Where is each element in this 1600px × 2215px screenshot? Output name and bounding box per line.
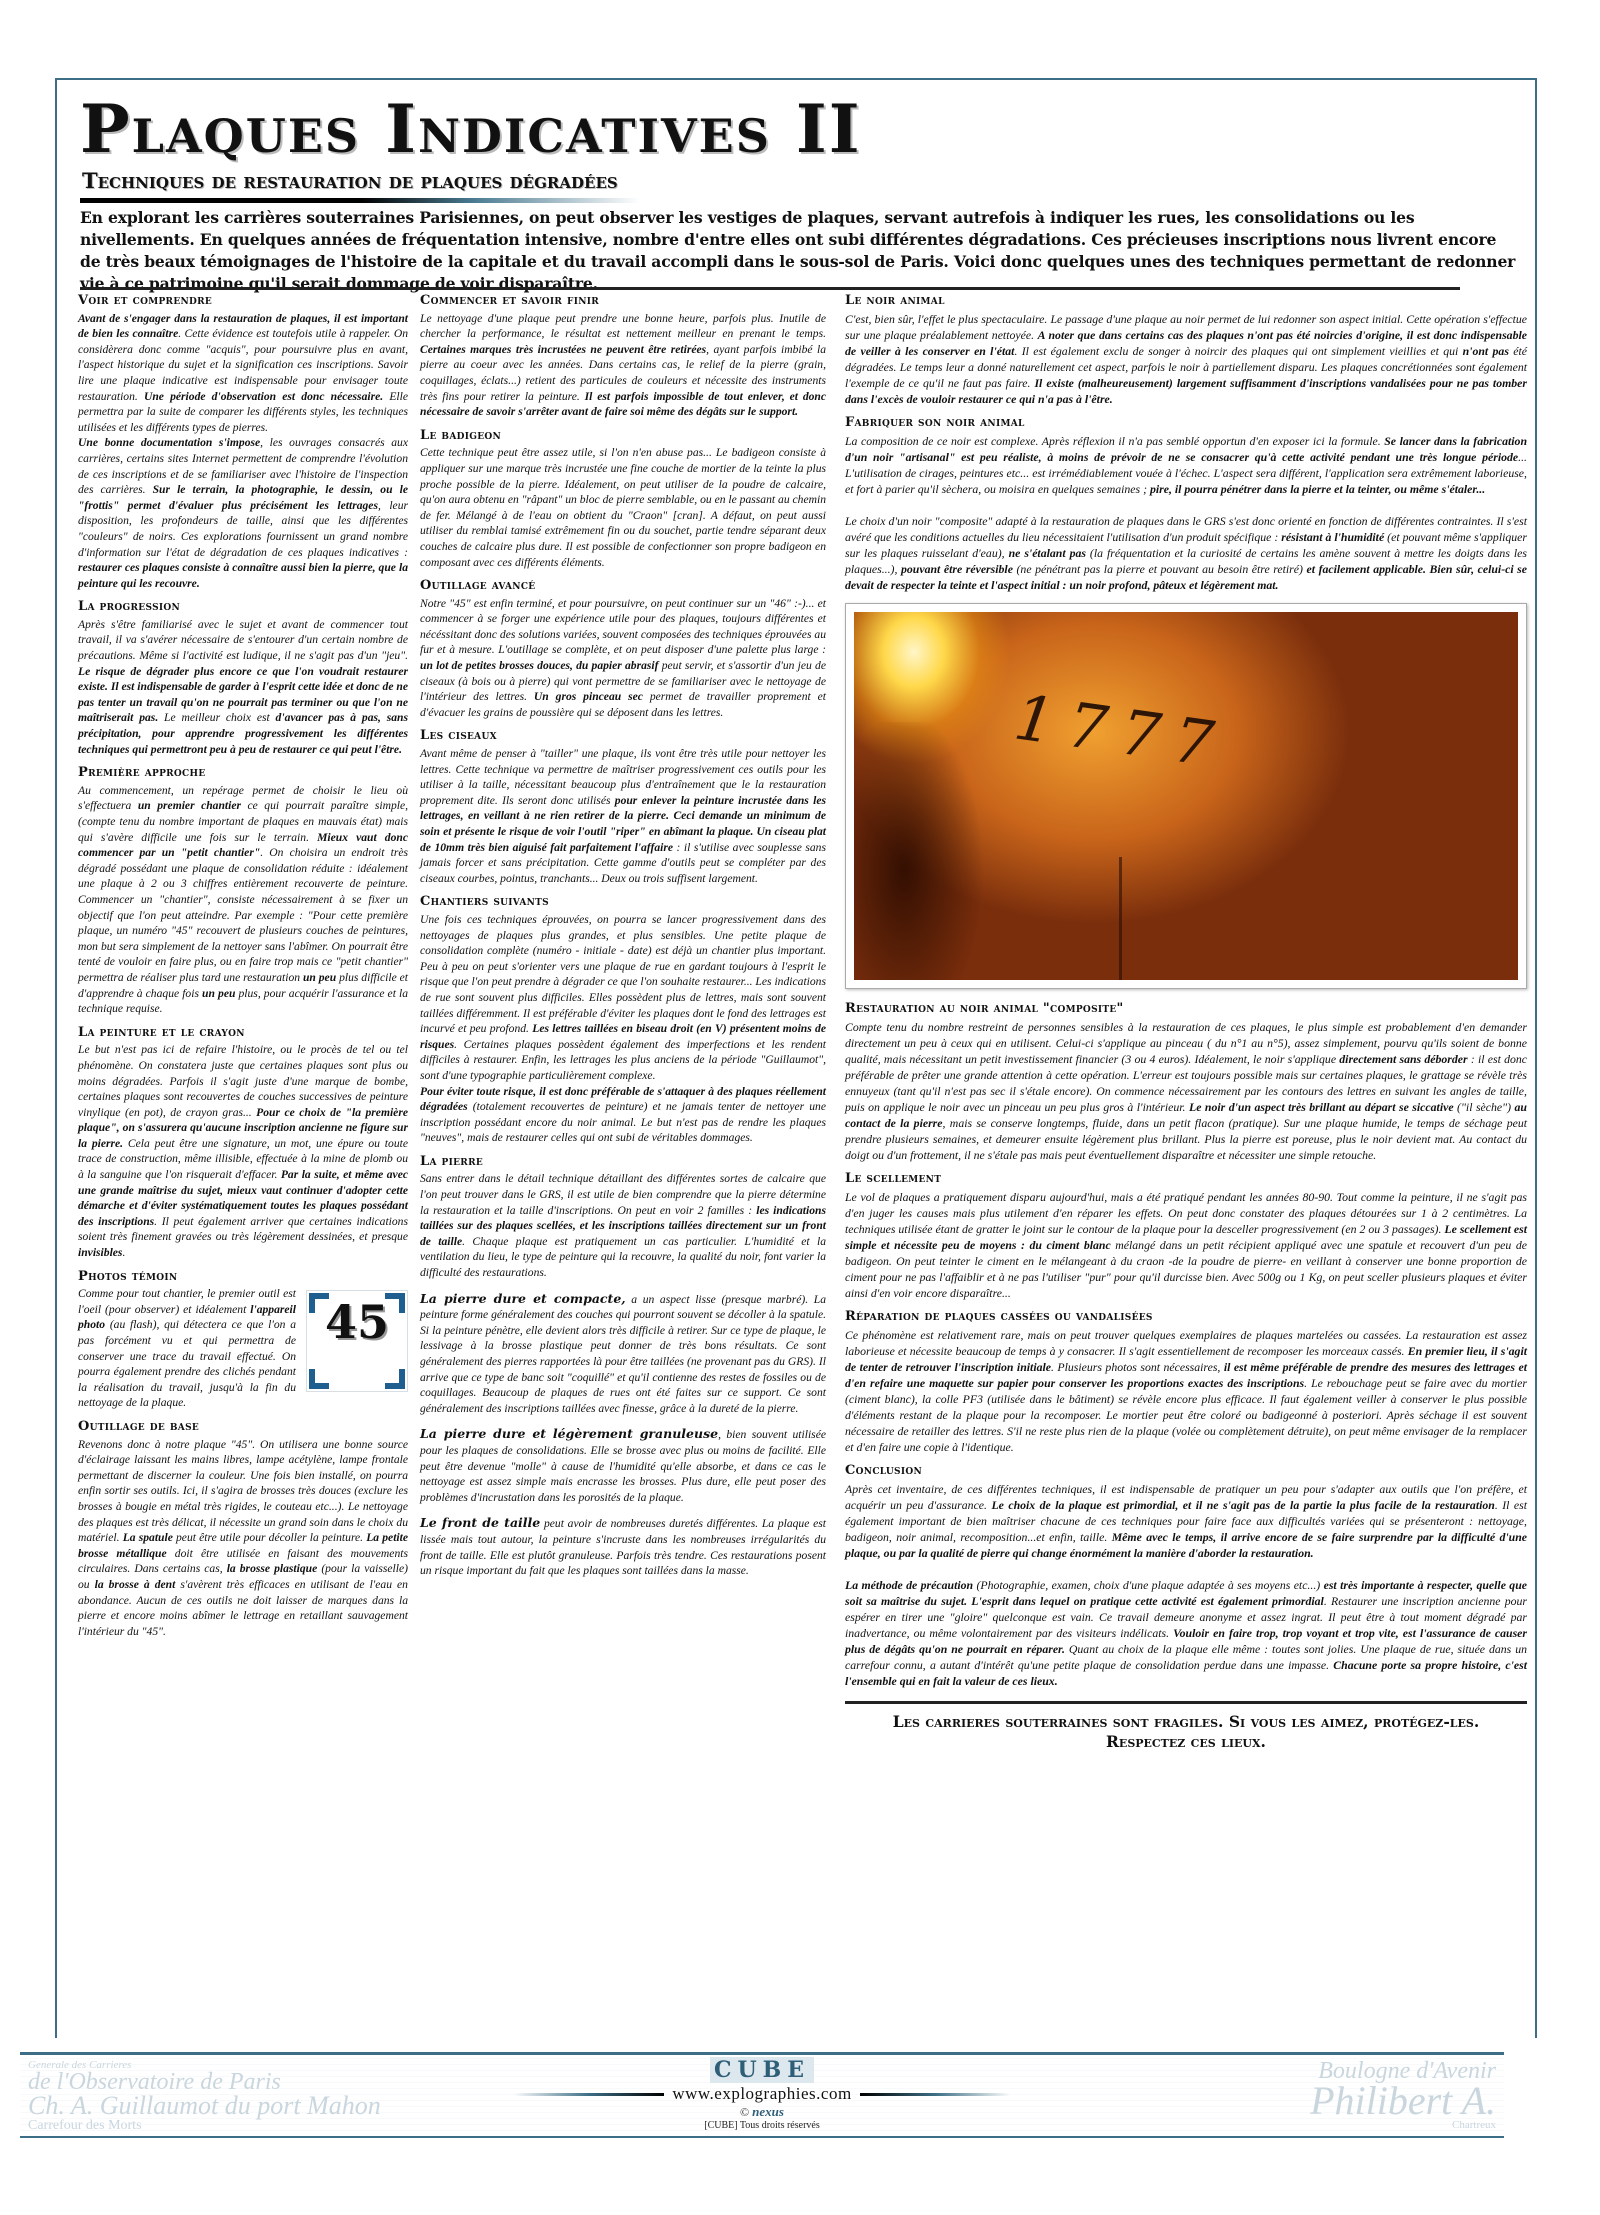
- section-heading: Le noir animal: [845, 293, 1527, 309]
- section-text: Après cet inventaire, de ces différentes…: [845, 1481, 1527, 1561]
- section-heading: Voir et comprendre: [78, 293, 408, 309]
- section-text: Le choix d'un noir "composite" adapté à …: [845, 513, 1527, 593]
- text: . Certaines plaques possèdent également …: [420, 1038, 826, 1082]
- text: ("il sèche"): [1454, 1100, 1515, 1114]
- emphasis: La spatule: [123, 1531, 173, 1544]
- closing-line-1: Les carrieres souterraines sont fragiles…: [845, 1712, 1527, 1732]
- column-middle: Commencer et savoir finir Le nettoyage d…: [420, 293, 826, 1587]
- text: , mais se conserve longtemps, fluide, da…: [845, 1116, 1527, 1162]
- section-chantiers-suivants: Chantiers suivants Une fois ces techniqu…: [420, 894, 826, 1146]
- intro-divider: [80, 287, 1460, 290]
- section-text: La pierre dure et compacte, a un aspect …: [420, 1291, 826, 1417]
- photo-content: 1777: [854, 612, 1518, 980]
- text: . On choisira un endroit très dégradé po…: [78, 846, 408, 984]
- text: peut être utile pour décoller la peintur…: [173, 1531, 366, 1544]
- emphasis: la brosse à dent: [95, 1578, 176, 1591]
- section-outillage-de-base: Outillage de base Revenons donc à notre …: [78, 1419, 408, 1639]
- page-subtitle: Techniques de restauration de plaques dé…: [82, 168, 618, 193]
- section-commencer-et-savoir-finir: Commencer et savoir finir Le nettoyage d…: [420, 293, 826, 420]
- text: Le meilleur choix est: [158, 711, 275, 724]
- emphasis: Un gros pinceau sec: [534, 690, 643, 703]
- corner-bracket-icon: [309, 1369, 329, 1389]
- column-left: Voir et comprendre Avant de s'engager da…: [78, 293, 408, 1647]
- closing-message: Les carrieres souterraines sont fragiles…: [845, 1712, 1527, 1752]
- section-heading: La pierre: [420, 1154, 826, 1170]
- copyright-icon: ©: [740, 2105, 749, 2119]
- text: a un aspect lisse (presque marbré). La p…: [420, 1293, 826, 1415]
- emphasis: un peu: [303, 971, 336, 984]
- section-peinture-et-crayon: La peinture et le crayon Le but n'est pa…: [78, 1025, 408, 1261]
- section-heading: Le scellement: [845, 1171, 1527, 1187]
- section-text: Le nettoyage d'une plaque peut prendre u…: [420, 311, 826, 420]
- text: (au flash), qui détectera ce que l'on a …: [78, 1318, 296, 1409]
- lamp-shadow: [854, 722, 984, 980]
- text: (totalement recouvertes de peinture) et …: [420, 1100, 826, 1144]
- section-premiere-approche: Première approche Au commencement, un re…: [78, 765, 408, 1017]
- emphasis: ne s'étalant pas: [1009, 546, 1086, 560]
- section-heading: Outillage avancé: [420, 578, 826, 594]
- text: Le vol de plaques a pratiquement disparu…: [845, 1190, 1527, 1236]
- emphasis: Certaines marques très incrustées ne peu…: [420, 343, 706, 356]
- closing-divider: [845, 1701, 1527, 1704]
- emphasis: pouvant être réversible: [901, 562, 1013, 576]
- emphasis: Une bonne documentation s'impose: [78, 436, 260, 449]
- text: Après s'être familiarisé avec le sujet e…: [78, 618, 408, 662]
- section-text: Le front de taille peut avoir de nombreu…: [420, 1515, 826, 1578]
- section-text: Le vol de plaques a pratiquement disparu…: [845, 1189, 1527, 1301]
- section-text: Revenons donc à notre plaque "45". On ut…: [78, 1437, 408, 1640]
- section-heading: Première approche: [78, 765, 408, 781]
- emphasis: pire, il pourra pénétrer dans la pierre …: [1150, 482, 1485, 496]
- footer-credits: CUBE www.explographies.com © nexus [CUBE…: [20, 2057, 1504, 2131]
- section-conclusion: Conclusion Après cet inventaire, de ces …: [845, 1463, 1527, 1689]
- text: .: [122, 1246, 125, 1259]
- section-photos-temoin: Photos témoin 45 Comme pour tout chantie…: [78, 1269, 408, 1411]
- decorative-rule: [860, 2093, 1010, 2096]
- emphasis: un peu: [202, 987, 235, 1000]
- emphasis: un premier chantier: [138, 799, 241, 812]
- stone-crack: [1119, 857, 1122, 980]
- text: . Il est également exclu de songer à noi…: [1014, 344, 1462, 358]
- plaque-number: 45: [307, 1315, 407, 1331]
- intro-paragraph: En explorant les carrières souterraines …: [80, 207, 1520, 295]
- section-heading: Fabriquer son noir animal: [845, 415, 1527, 431]
- section-heading: Commencer et savoir finir: [420, 293, 826, 309]
- section-le-noir-animal: Le noir animal C'est, bien sûr, l'effet …: [845, 293, 1527, 407]
- section-text: Une fois ces techniques éprouvées, on po…: [420, 912, 826, 1146]
- emphasis: Le choix de la plaque est primordial, et…: [991, 1498, 1494, 1512]
- section-text: Après s'être familiarisé avec le sujet e…: [78, 617, 408, 757]
- emphasis: restaurer ces plaques consiste à connaît…: [78, 561, 408, 590]
- emphasis: un lot de petites brosses douces, du pap…: [420, 659, 659, 672]
- section-reparation: Réparation de plaques cassées ou vandali…: [845, 1309, 1527, 1455]
- corner-bracket-icon: [385, 1369, 405, 1389]
- section-text: Cette technique peut être assez utile, s…: [420, 445, 826, 570]
- website-row: www.explographies.com: [20, 2084, 1504, 2104]
- section-voir-et-comprendre: Voir et comprendre Avant de s'engager da…: [78, 293, 408, 591]
- section-la-pierre: La pierre Sans entrer dans le détail tec…: [420, 1154, 826, 1579]
- text: Revenons donc à notre plaque "45". On ut…: [78, 1438, 408, 1545]
- text: (ne pénétrant pas la pierre et pouvant a…: [1013, 562, 1307, 576]
- section-text: La pierre dure et légèrement granuleuse,…: [420, 1426, 826, 1505]
- decorative-rule: [514, 2093, 664, 2096]
- emphasis: La méthode de précaution: [845, 1578, 973, 1592]
- section-restauration-noir-composite: Restauration au noir animal "composite" …: [845, 1001, 1527, 1163]
- emphasis: directement sans déborder: [1339, 1052, 1467, 1066]
- rights-notice: [CUBE] Tous droits réservés: [20, 2120, 1504, 2131]
- section-le-scellement: Le scellement Le vol de plaques a pratiq…: [845, 1171, 1527, 1301]
- text: La composition de ce noir est complexe. …: [845, 434, 1384, 448]
- section-heading: La peinture et le crayon: [78, 1025, 408, 1041]
- emphasis: n'ont pas: [1463, 344, 1509, 358]
- section-heading: Restauration au noir animal "composite": [845, 1001, 1527, 1017]
- section-text: Compte tenu du nombre restreint de perso…: [845, 1019, 1527, 1163]
- section-la-progression: La progression Après s'être familiarisé …: [78, 599, 408, 757]
- section-heading: La progression: [78, 599, 408, 615]
- lead-term: La pierre dure et légèrement granuleuse: [420, 1426, 718, 1441]
- section-heading: Chantiers suivants: [420, 894, 826, 910]
- section-text: Au commencement, un repérage permet de c…: [78, 783, 408, 1017]
- section-text: C'est, bien sûr, l'effet le plus spectac…: [845, 311, 1527, 407]
- emphasis: invisibles: [78, 1246, 122, 1259]
- emphasis: la brosse plastique: [227, 1562, 318, 1575]
- section-text: Notre "45" est enfin terminé, et pour po…: [420, 596, 826, 721]
- text: Le nettoyage d'une plaque peut prendre u…: [420, 312, 826, 341]
- closing-line-2: Respectez ces lieux.: [845, 1732, 1527, 1752]
- photo-inscription: 1777: [1014, 709, 1228, 755]
- text: Notre "45" est enfin terminé, et pour po…: [420, 597, 826, 657]
- section-text: La composition de ce noir est complexe. …: [845, 433, 1527, 497]
- section-fabriquer-son-noir-animal: Fabriquer son noir animal La composition…: [845, 415, 1527, 593]
- section-heading: Conclusion: [845, 1463, 1527, 1479]
- section-text: Sans entrer dans le détail technique dét…: [420, 1171, 826, 1280]
- section-outillage-avance: Outillage avancé Notre "45" est enfin te…: [420, 578, 826, 720]
- plaque-1777-photo: 1777: [845, 603, 1527, 989]
- page-title: Plaques Indicatives II: [80, 96, 862, 162]
- section-text: La méthode de précaution (Photographie, …: [845, 1577, 1527, 1689]
- emphasis: Le noir d'un aspect très brillant au dép…: [1189, 1100, 1454, 1114]
- text: . Chaque plaque est pratiquement un cas …: [420, 1235, 826, 1279]
- cube-logo: CUBE: [710, 2057, 814, 2083]
- column-right: Le noir animal C'est, bien sûr, l'effet …: [845, 293, 1527, 1752]
- section-heading: Réparation de plaques cassées ou vandali…: [845, 1309, 1527, 1325]
- footer-banner: Generale des Carrieres de l'Observatoire…: [20, 2052, 1504, 2138]
- text: (Photographie, examen, choix d'une plaqu…: [973, 1578, 1324, 1592]
- section-text: Le but n'est pas ici de refaire l'histoi…: [78, 1042, 408, 1260]
- section-heading: Les ciseaux: [420, 728, 826, 744]
- section-text: Ce phénomène est relativement rare, mais…: [845, 1327, 1527, 1455]
- section-le-badigeon: Le badigeon Cette technique peut être as…: [420, 428, 826, 570]
- section-text: Avant de s'engager dans la restauration …: [78, 311, 408, 592]
- emphasis: résistant à l'humidité: [1281, 530, 1384, 544]
- section-heading: Le badigeon: [420, 428, 826, 444]
- section-heading: Photos témoin: [78, 1269, 408, 1285]
- section-text: Avant même de penser à "tailler" une pla…: [420, 746, 826, 886]
- emphasis: Une période d'observation est donc néces…: [144, 390, 383, 403]
- nexus-brand: nexus: [752, 2104, 784, 2119]
- copyright-line: © nexus: [20, 2104, 1504, 2120]
- lead-term: Le front de taille: [420, 1515, 540, 1530]
- section-les-ciseaux: Les ciseaux Avant même de penser à "tail…: [420, 728, 826, 886]
- section-heading: Outillage de base: [78, 1419, 408, 1435]
- title-divider: [80, 198, 640, 203]
- text: Une fois ces techniques éprouvées, on po…: [420, 913, 826, 1035]
- text: . Plusieurs photos sont nécessaires,: [1051, 1360, 1224, 1374]
- lead-term: La pierre dure et compacte,: [420, 1291, 626, 1306]
- website-link[interactable]: www.explographies.com: [672, 2084, 851, 2104]
- plaque-45-image: 45: [306, 1290, 408, 1392]
